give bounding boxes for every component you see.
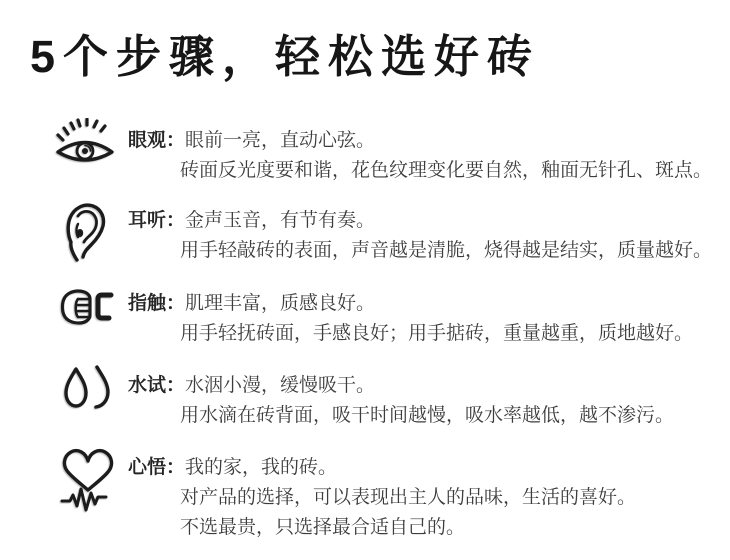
- step-label: 耳听：: [128, 210, 185, 231]
- step-text: 指触：肌理丰富，质感良好。 用手轻抚砖面，手感良好；用手掂砖，重量越重，质地越好…: [128, 289, 714, 349]
- step-row-touch: 指触：肌理丰富，质感良好。 用手轻抚砖面，手感良好；用手掂砖，重量越重，质地越好…: [128, 289, 714, 349]
- step-detail: 用手轻抚砖面，手感良好；用手掂砖，重量越重，质地越好。: [128, 319, 714, 349]
- page-title: 5个步骤，轻松选好砖: [30, 20, 540, 85]
- step-headline: 眼前一亮，直动心弦。: [185, 130, 375, 151]
- step-detail: 砖面反光度要和谐，花色纹理变化要自然，釉面无针孔、斑点。: [128, 156, 714, 186]
- step-row-heart: 心悟：我的家，我的砖。 对产品的选择，可以表现出主人的品味，生活的喜好。 不选最…: [128, 453, 714, 543]
- step-label: 指触：: [128, 293, 185, 314]
- step-label: 心悟：: [128, 457, 185, 478]
- step-headline: 金声玉音，有节有奏。: [185, 210, 375, 231]
- step-text: 眼观：眼前一亮，直动心弦。 砖面反光度要和谐，花色纹理变化要自然，釉面无针孔、斑…: [128, 126, 714, 186]
- step-row-ear: 耳听：金声玉音，有节有奏。 用手轻敲砖的表面，声音越是清脆，烧得越是结实，质量越…: [128, 206, 714, 266]
- ear-icon: [65, 202, 107, 264]
- step-detail: 不选最贵，只选择最合适自己的。: [128, 513, 714, 543]
- step-headline: 肌理丰富，质感良好。: [185, 293, 375, 314]
- step-detail: 用水滴在砖背面，吸干时间越慢，吸水率越低，越不渗污。: [128, 401, 714, 431]
- step-row-eye: 眼观：眼前一亮，直动心弦。 砖面反光度要和谐，花色纹理变化要自然，釉面无针孔、斑…: [128, 126, 714, 186]
- step-detail: 对产品的选择，可以表现出主人的品味，生活的喜好。: [128, 483, 714, 513]
- step-text: 水试：水洇小漫，缓慢吸干。 用水滴在砖背面，吸干时间越慢，吸水率越低，越不渗污。: [128, 371, 714, 431]
- step-headline: 我的家，我的砖。: [185, 457, 337, 478]
- hand-touch-icon: [55, 287, 115, 331]
- step-label: 水试：: [128, 375, 185, 396]
- step-label: 眼观：: [128, 130, 185, 151]
- eye-icon: [55, 118, 115, 166]
- step-detail: 用手轻敲砖的表面，声音越是清脆，烧得越是结实，质量越好。: [128, 236, 714, 266]
- step-headline: 水洇小漫，缓慢吸干。: [185, 375, 375, 396]
- water-drops-icon: [61, 364, 113, 414]
- step-text: 耳听：金声玉音，有节有奏。 用手轻敲砖的表面，声音越是清脆，烧得越是结实，质量越…: [128, 206, 714, 266]
- heart-pulse-icon: [59, 444, 117, 514]
- step-row-water: 水试：水洇小漫，缓慢吸干。 用水滴在砖背面，吸干时间越慢，吸水率越低，越不渗污。: [128, 371, 714, 431]
- step-text: 心悟：我的家，我的砖。 对产品的选择，可以表现出主人的品味，生活的喜好。 不选最…: [128, 453, 714, 543]
